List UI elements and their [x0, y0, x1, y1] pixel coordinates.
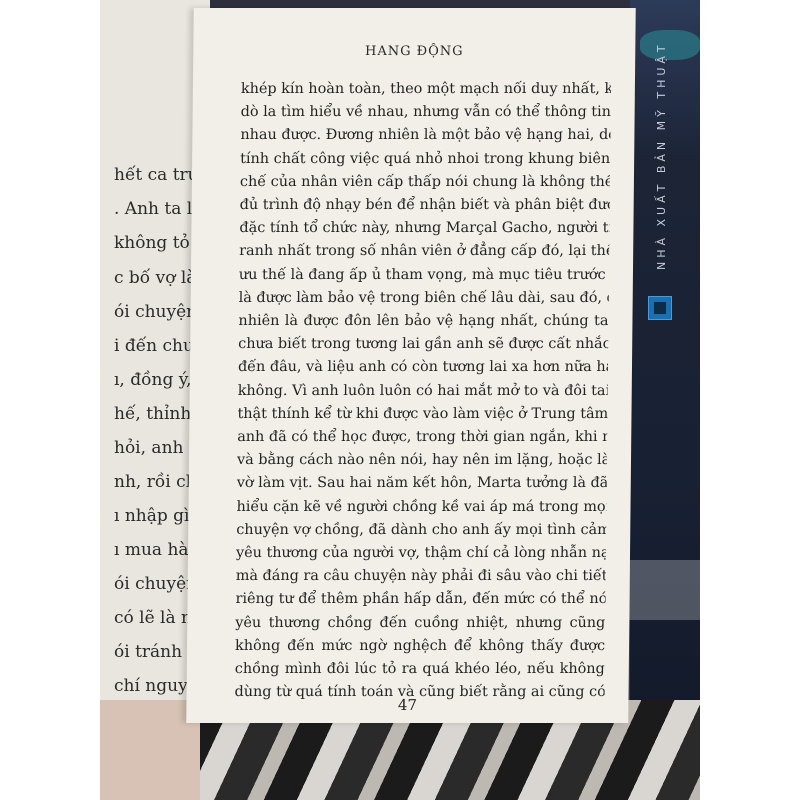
text-line: riêng tư để thêm phần hấp dẫn, đến mức c… [235, 588, 605, 611]
text-line: ưu thế là đang ấp ủ tham vọng, mà mục ti… [239, 264, 609, 287]
text-line: chồng mình đôi lúc tỏ ra quá khéo léo, n… [235, 658, 605, 681]
right-page: HANG ĐỘNG khép kín hoàn toàn, theo một m… [186, 8, 635, 723]
text-line: dò la tìm hiểu về nhau, nhưng vẫn có thể… [241, 101, 611, 124]
text-line: chưa biết trong tương lai gần anh sẽ đượ… [238, 333, 608, 356]
text-line: không đến mức ngờ nghệch để không thấy đ… [235, 635, 605, 658]
text-line: đặc tính tổ chức này, nhưng Marçal Gacho… [239, 217, 609, 240]
text-line: anh đã có thể học được, trong thời gian … [237, 426, 607, 449]
text-line: yêu thương của người vợ, thậm chí cả lòn… [236, 542, 606, 565]
text-line: và bằng cách nào nên nói, hay nên im lặn… [237, 449, 607, 472]
publisher-name: NHÀ XUẤT BẢN MỸ THUẬT [655, 0, 668, 270]
photo-scene: NHÀ XUẤT BẢN MỸ THUẬT hết ca trực thì Ma… [100, 0, 700, 800]
page-body: khép kín hoàn toàn, theo một mạch nối du… [234, 78, 611, 704]
text-line: vờ làm vịt. Sau hai năm kết hôn, Marta t… [237, 472, 607, 495]
finger [100, 700, 200, 800]
text-line: không. Vì anh luôn luôn có hai mắt mở to… [238, 380, 608, 403]
plastic-glare [620, 560, 700, 620]
text-line: ranh nhất trong số nhân viên ở đẳng cấp … [239, 240, 609, 263]
text-line: tính chất công việc quá nhỏ nhoi trong k… [240, 148, 610, 171]
publisher-logo-icon [648, 296, 672, 320]
running-head: HANG ĐỘNG [193, 44, 635, 59]
text-line: hiểu cặn kẽ về người chồng kề vai áp má … [236, 496, 606, 519]
text-line: đủ trình độ nhạy bén để nhận biết và phâ… [240, 194, 610, 217]
text-line: yêu thương chồng đến cuồng nhiệt, nhưng … [235, 612, 605, 635]
text-line: khép kín hoàn toàn, theo một mạch nối du… [241, 78, 611, 101]
text-line: đến đâu, và liệu anh có còn tương lai xa… [238, 356, 608, 379]
text-line: thật thính kể từ khi được vào làm việc ở… [237, 403, 607, 426]
text-line: nhau được. Đương nhiên là một bảo vệ hạn… [240, 124, 610, 147]
text-line: mà đáng ra câu chuyện này phải đi sâu và… [236, 565, 606, 588]
text-line: nhiên là được đôn lên bảo vệ hạng nhất, … [238, 310, 608, 333]
text-line: chuyện vợ chồng, đã dành cho anh ấy mọi … [236, 519, 606, 542]
text-line: là được làm bảo vệ trong biên chế lâu dà… [239, 287, 609, 310]
page-number: 47 [186, 696, 628, 714]
text-line: chế của nhân viên cấp thấp nói chung là … [240, 171, 610, 194]
spine-artwork [640, 30, 700, 60]
